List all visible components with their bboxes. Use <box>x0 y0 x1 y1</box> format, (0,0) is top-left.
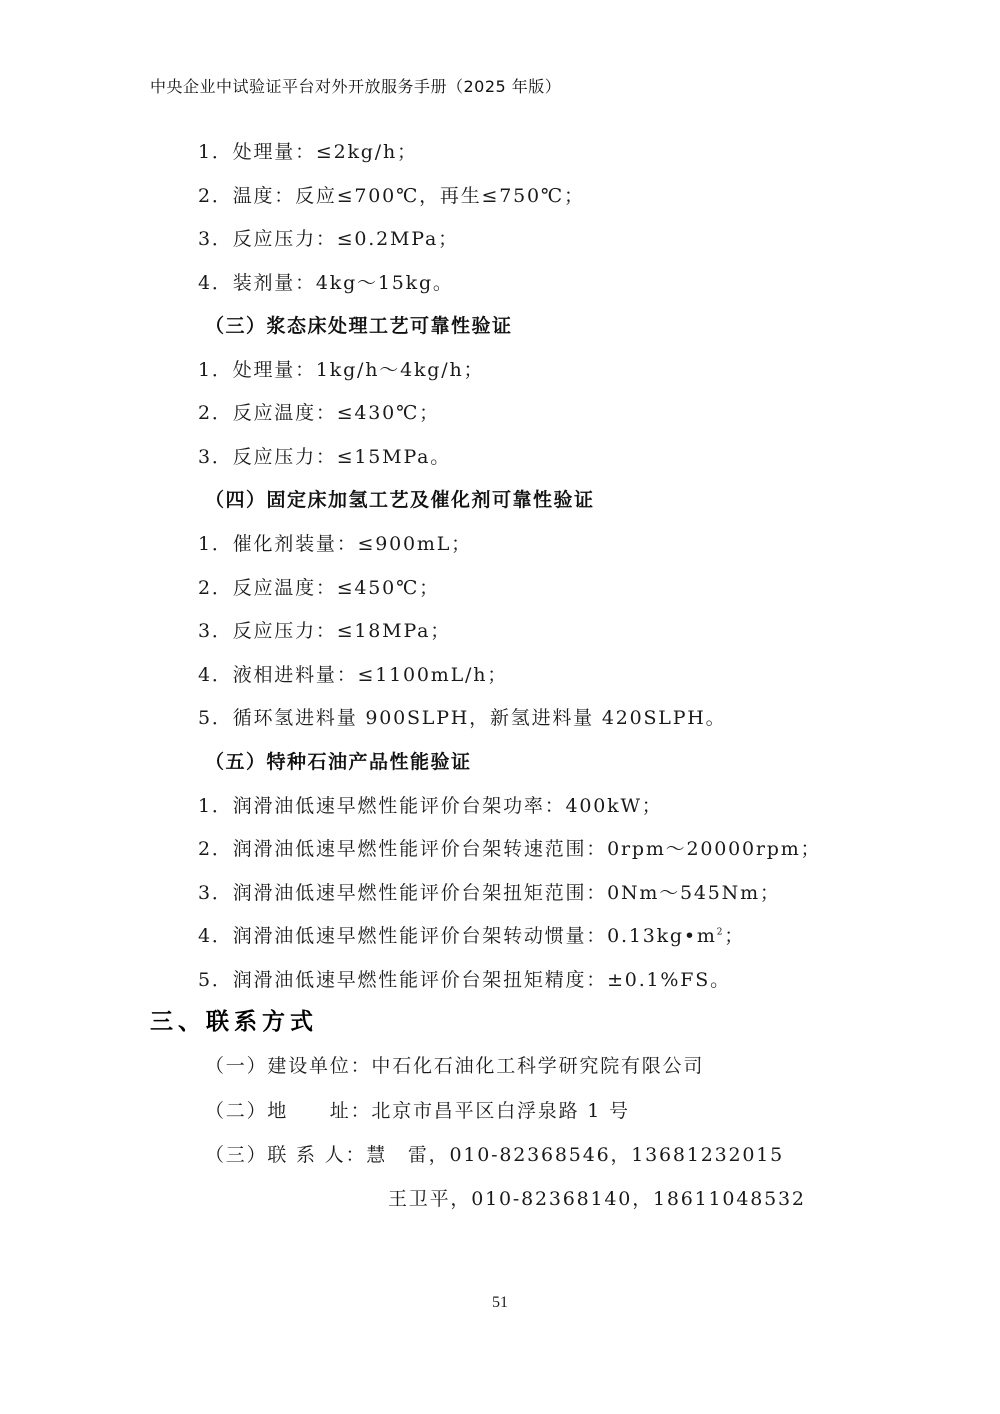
list-item: 5．润滑油低速早燃性能评价台架扭矩精度：±0.1%FS。 <box>198 965 731 992</box>
list-item: 3．反应压力：≤15MPa。 <box>198 442 451 469</box>
section-heading: （五）特种石油产品性能验证 <box>205 747 472 774</box>
section-heading: （三）浆态床处理工艺可靠性验证 <box>205 311 513 338</box>
list-item: 1．润滑油低速早燃性能评价台架功率：400kW； <box>198 791 663 818</box>
list-item: 1．催化剂装量：≤900mL； <box>198 529 472 556</box>
list-item: 4．装剂量：4kg～15kg。 <box>198 268 454 295</box>
list-item: 4．润滑油低速早燃性能评价台架转动惯量：0.13kg•m2； <box>198 921 745 948</box>
contact-person-2: 王卫平，010-82368140，18611048532 <box>388 1184 806 1211</box>
document-header: 中央企业中试验证平台对外开放服务手册（2025 年版） <box>150 74 561 97</box>
list-item: 1．处理量：1kg/h～4kg/h； <box>198 355 484 382</box>
contact-person-1: （三）联 系 人：慧 雷，010-82368546，13681232015 <box>205 1140 784 1167</box>
list-item: 2．反应温度：≤450℃； <box>198 573 440 600</box>
list-item: 3．反应压力：≤0.2MPa； <box>198 224 459 251</box>
contact-unit: （一）建设单位：中石化石油化工科学研究院有限公司 <box>205 1051 704 1078</box>
page-number: 51 <box>0 1294 1000 1312</box>
list-item-end: ； <box>724 925 745 947</box>
contact-address: （二）地 址：北京市昌平区白浮泉路 1 号 <box>205 1096 630 1123</box>
list-item: 2．反应温度：≤430℃； <box>198 398 440 425</box>
list-item: 2．润滑油低速早燃性能评价台架转速范围：0rpm～20000rpm； <box>198 834 821 861</box>
list-item: 3．润滑油低速早燃性能评价台架扭矩范围：0Nm～545Nm； <box>198 878 781 905</box>
list-item: 5．循环氢进料量 900SLPH，新氢进料量 420SLPH。 <box>198 703 726 730</box>
section-heading: （四）固定床加氢工艺及催化剂可靠性验证 <box>205 485 595 512</box>
list-item: 3．反应压力：≤18MPa； <box>198 616 451 643</box>
chapter-heading: 三、联系方式 <box>150 1003 318 1036</box>
list-item: 1．处理量：≤2kg/h； <box>198 137 418 164</box>
list-item: 2．温度：反应≤700℃，再生≤750℃； <box>198 181 585 208</box>
list-item: 4．液相进料量：≤1100mL/h； <box>198 660 508 687</box>
list-item-text: 4．润滑油低速早燃性能评价台架转动惯量：0.13kg•m <box>198 925 717 947</box>
